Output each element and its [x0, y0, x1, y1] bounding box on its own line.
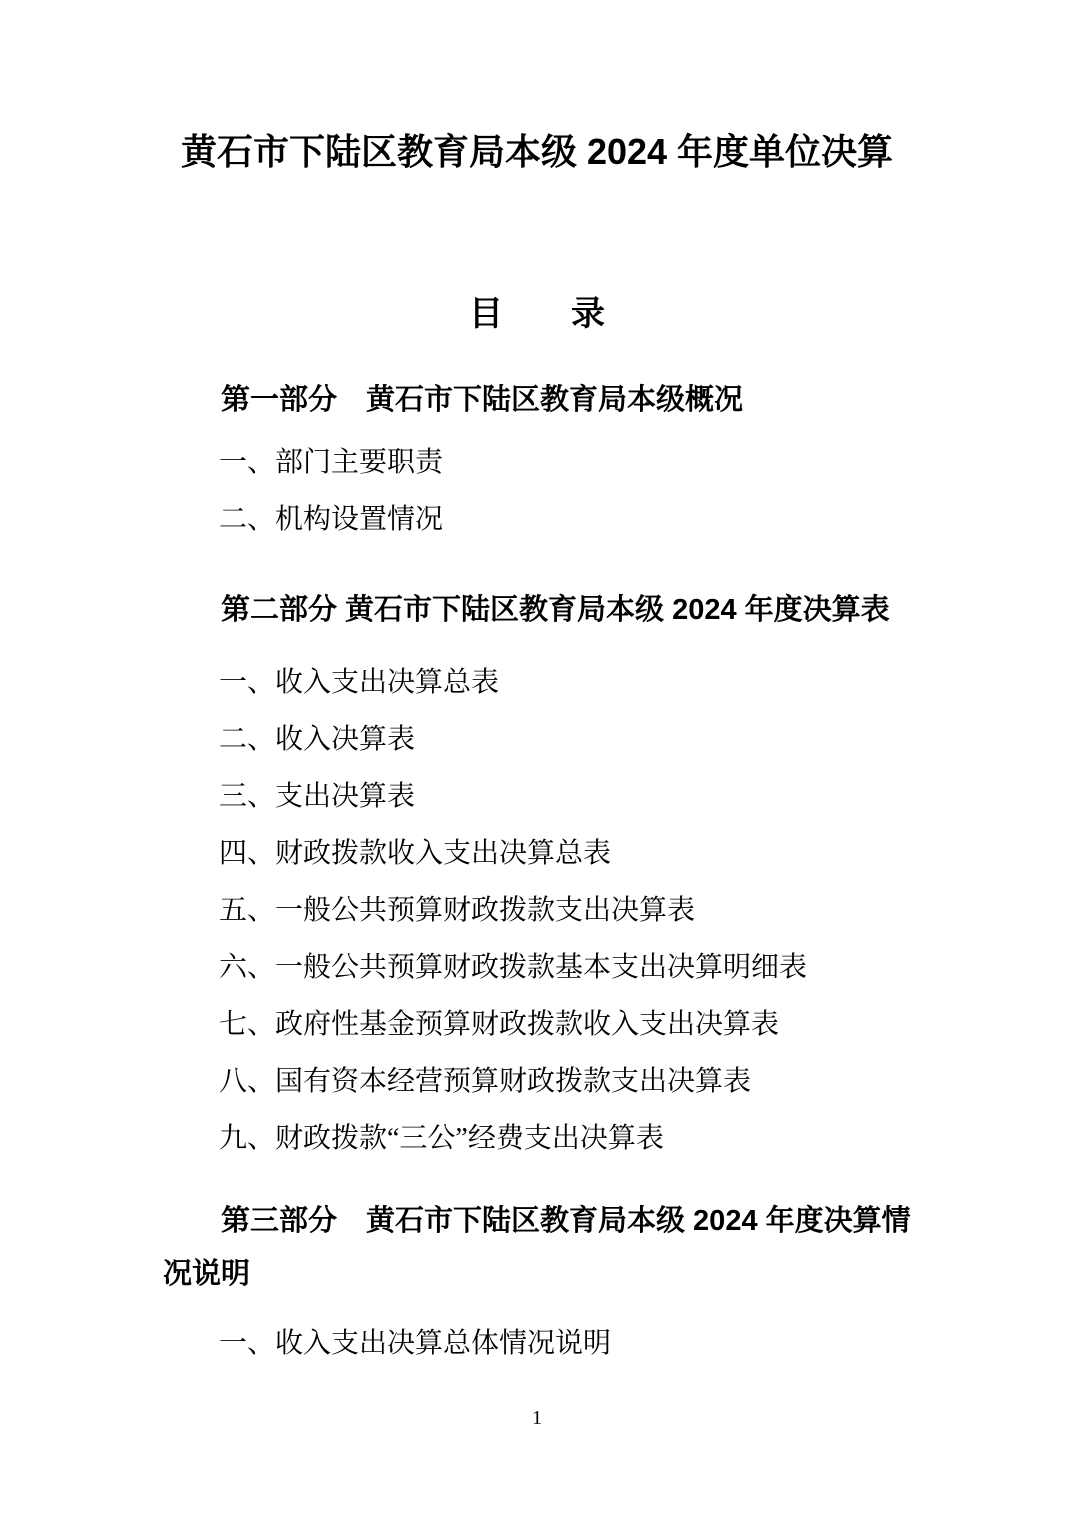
toc-item: 一、收入支出决算总体情况说明 [163, 1315, 911, 1372]
toc-item: 六、一般公共预算财政拨款基本支出决算明细表 [163, 939, 911, 996]
part-3-heading: 第三部分 黄石市下陆区教育局本级 2024 年度决算情况说明 [163, 1195, 911, 1301]
part-3-items: 一、收入支出决算总体情况说明 [163, 1315, 911, 1372]
toc-item: 二、收入决算表 [163, 711, 911, 768]
toc-item: 四、财政拨款收入支出决算总表 [163, 825, 911, 882]
page-number: 1 [0, 1406, 1074, 1430]
toc-item: 九、财政拨款“三公”经费支出决算表 [163, 1110, 911, 1167]
toc-heading: 目 录 [163, 292, 911, 336]
part-2-heading: 第二部分 黄石市下陆区教育局本级 2024 年度决算表 [163, 590, 911, 630]
toc-item: 一、收入支出决算总表 [163, 654, 911, 711]
toc-item: 三、支出决算表 [163, 768, 911, 825]
document-title: 黄石市下陆区教育局本级 2024 年度单位决算 [163, 128, 911, 176]
part-2-items: 一、收入支出决算总表 二、收入决算表 三、支出决算表 四、财政拨款收入支出决算总… [163, 654, 911, 1167]
part-1-heading: 第一部分 黄石市下陆区教育局本级概况 [163, 380, 911, 420]
document-page: 黄石市下陆区教育局本级 2024 年度单位决算 目 录 第一部分 黄石市下陆区教… [0, 0, 1074, 1520]
toc-item: 五、一般公共预算财政拨款支出决算表 [163, 882, 911, 939]
part-1-items: 一、部门主要职责 二、机构设置情况 [163, 434, 911, 548]
toc-item: 二、机构设置情况 [163, 491, 911, 548]
toc-item: 八、国有资本经营预算财政拨款支出决算表 [163, 1053, 911, 1110]
toc-item: 一、部门主要职责 [163, 434, 911, 491]
toc-item: 七、政府性基金预算财政拨款收入支出决算表 [163, 996, 911, 1053]
